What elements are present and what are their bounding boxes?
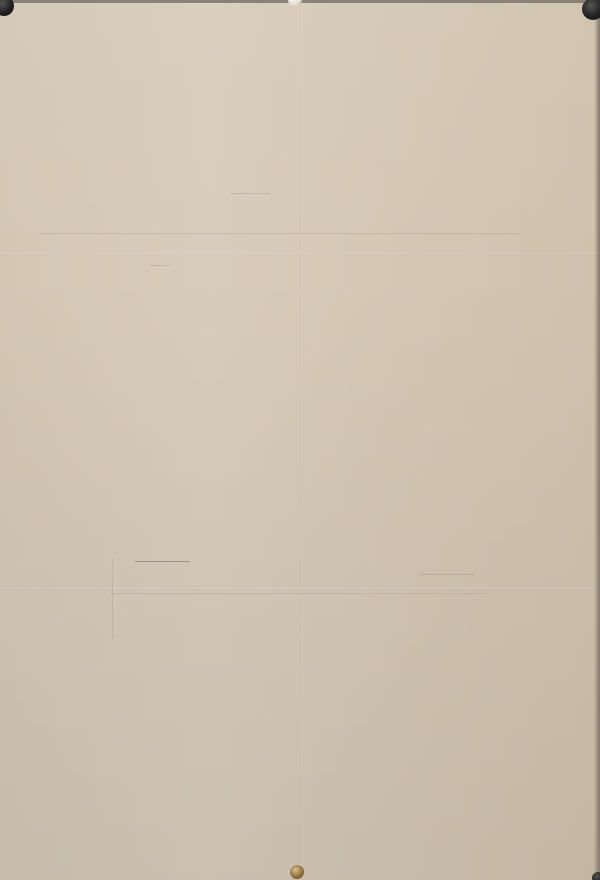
blank-paper-sheet	[0, 3, 598, 880]
horizontal-fold-crease	[0, 588, 598, 590]
faint-show-through-mark	[135, 561, 190, 562]
pin-bottom-right	[592, 872, 600, 880]
faint-show-through-mark	[150, 265, 170, 266]
paper-edge-shadow	[594, 3, 598, 880]
faint-show-through-mark	[420, 574, 475, 575]
horizontal-fold-crease	[0, 253, 598, 255]
pin-top-right	[582, 0, 600, 20]
faint-show-through-mark	[112, 558, 113, 638]
pin-bottom-center	[290, 865, 304, 879]
vertical-fold-crease	[300, 3, 302, 880]
faint-show-through-mark	[110, 593, 490, 594]
faint-show-through-mark	[40, 233, 520, 234]
faint-show-through-mark	[230, 193, 270, 194]
